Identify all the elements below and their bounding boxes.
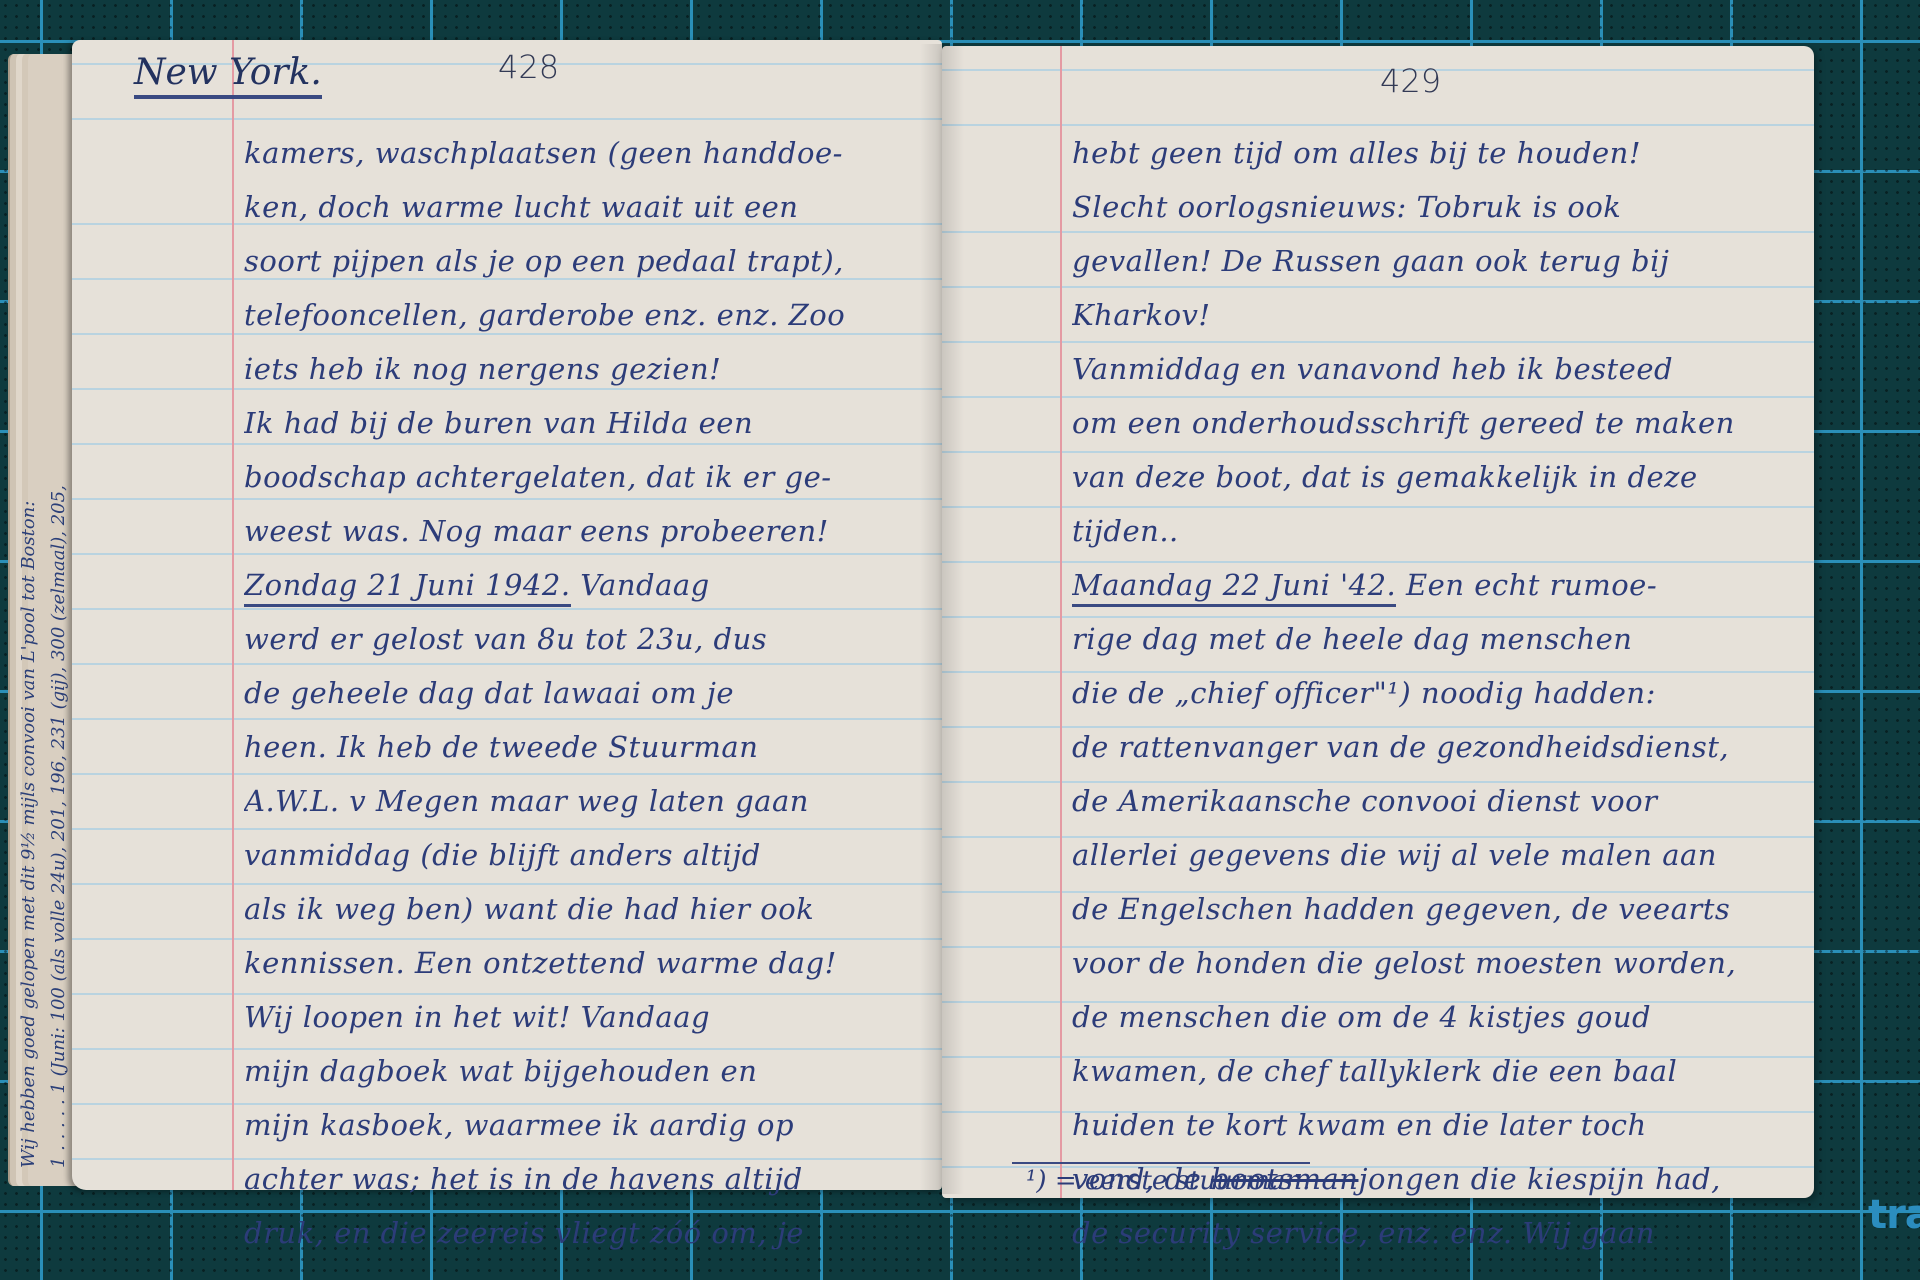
- date-line-rest: Een echt rumoe-: [1396, 568, 1657, 602]
- text-line: telefooncellen, garderobe enz. enz. Zoo: [244, 288, 934, 342]
- text-line: de security service, enz. enz. Wij gaan: [1072, 1206, 1772, 1260]
- page-number: 429: [1380, 62, 1441, 100]
- date-line-rest: Vandaag: [571, 568, 710, 602]
- vertical-margin-note: Wij hebben goed gelopen met dit 9½ mijls…: [14, 78, 74, 1168]
- text-line: ken, doch warme lucht waait uit een: [244, 180, 934, 234]
- text-line: de Amerikaansche convooi dienst voor: [1072, 774, 1772, 828]
- page-number: 428: [498, 48, 559, 86]
- red-margin-line: [232, 40, 234, 1190]
- text-line: gevallen! De Russen gaan ook terug bij: [1072, 234, 1772, 288]
- margin-note-line: Wij hebben goed gelopen met dit 9½ mijls…: [14, 78, 44, 1168]
- margin-note-line: 1 . . . . . 1 (Juni: 100 (als volle 24u)…: [44, 78, 74, 1168]
- text-line: weest was. Nog maar eens probeeren!: [244, 504, 934, 558]
- red-margin-line: [1060, 46, 1062, 1198]
- text-line: heen. Ik heb de tweede Stuurman: [244, 720, 934, 774]
- text-line: om een onderhoudsschrift gereed te maken: [1072, 396, 1772, 450]
- text-line: iets heb ik nog nergens gezien!: [244, 342, 934, 396]
- date-line: Maandag 22 Juni '42. Een echt rumoe-: [1072, 558, 1772, 612]
- text-line: Slecht oorlogsnieuws: Tobruk is ook: [1072, 180, 1772, 234]
- text-line: A.W.L. v Megen maar weg laten gaan: [244, 774, 934, 828]
- right-page-text: hebt geen tijd om alles bij te houden! S…: [1072, 126, 1772, 1260]
- left-page: New York. 428 kamers, waschplaatsen (gee…: [72, 40, 942, 1190]
- text-line: Wij loopen in het wit! Vandaag: [244, 990, 934, 1044]
- book-gutter: [920, 44, 964, 1194]
- footnote: ¹) = eerste stuurman.: [1012, 1162, 1310, 1198]
- text-line: kwamen, de chef tallyklerk die een baal: [1072, 1044, 1772, 1098]
- text-line: soort pijpen als je op een pedaal trapt)…: [244, 234, 934, 288]
- text-line: achter was; het is in de havens altijd: [244, 1152, 934, 1206]
- text-line: mijn dagboek wat bijgehouden en: [244, 1044, 934, 1098]
- text-line: huiden te kort kwam en die later toch: [1072, 1098, 1772, 1152]
- cutting-mat-logo: tra: [1868, 1192, 1920, 1238]
- text-line: druk, en die zeereis vliegt zóó om, je: [244, 1206, 934, 1260]
- text-line: boodschap achtergelaten, dat ik er ge-: [244, 450, 934, 504]
- text-line: als ik weg ben) want die had hier ook: [244, 882, 934, 936]
- right-page: 429 hebt geen tijd om alles bij te houde…: [942, 46, 1814, 1198]
- text-line: hebt geen tijd om alles bij te houden!: [1072, 126, 1772, 180]
- text-line: allerlei gegevens die wij al vele malen …: [1072, 828, 1772, 882]
- text-line: werd er gelost van 8u tot 23u, dus: [244, 612, 934, 666]
- text-line: rige dag met de heele dag menschen: [1072, 612, 1772, 666]
- text-line: mijn kasboek, waarmee ik aardig op: [244, 1098, 934, 1152]
- text-line: voor de honden die gelost moesten worden…: [1072, 936, 1772, 990]
- text-line: de Engelschen hadden gegeven, de veearts: [1072, 882, 1772, 936]
- text-line: van deze boot, dat is gemakkelijk in dez…: [1072, 450, 1772, 504]
- text-line: kennissen. Een ontzettend warme dag!: [244, 936, 934, 990]
- left-page-text: kamers, waschplaatsen (geen handdoe- ken…: [244, 126, 934, 1260]
- text-line: Kharkov!: [1072, 288, 1772, 342]
- text-line: Vanmiddag en vanavond heb ik besteed: [1072, 342, 1772, 396]
- line-end: jongen die kiespijn had,: [1358, 1162, 1720, 1196]
- text-line: vanmiddag (die blijft anders altijd: [244, 828, 934, 882]
- date-heading: Maandag 22 Juni '42.: [1072, 568, 1396, 607]
- text-line: tijden..: [1072, 504, 1772, 558]
- text-line: die de „chief officer"¹) noodig hadden:: [1072, 666, 1772, 720]
- date-line: Zondag 21 Juni 1942. Vandaag: [244, 558, 934, 612]
- text-line: de menschen die om de 4 kistjes goud: [1072, 990, 1772, 1044]
- text-line: de geheele dag dat lawaai om je: [244, 666, 934, 720]
- text-line: kamers, waschplaatsen (geen handdoe-: [244, 126, 934, 180]
- text-line: Ik had bij de buren van Hilda een: [244, 396, 934, 450]
- date-heading: Zondag 21 Juni 1942.: [244, 568, 571, 607]
- text-line: de rattenvanger van de gezondheidsdienst…: [1072, 720, 1772, 774]
- place-heading: New York.: [134, 52, 322, 99]
